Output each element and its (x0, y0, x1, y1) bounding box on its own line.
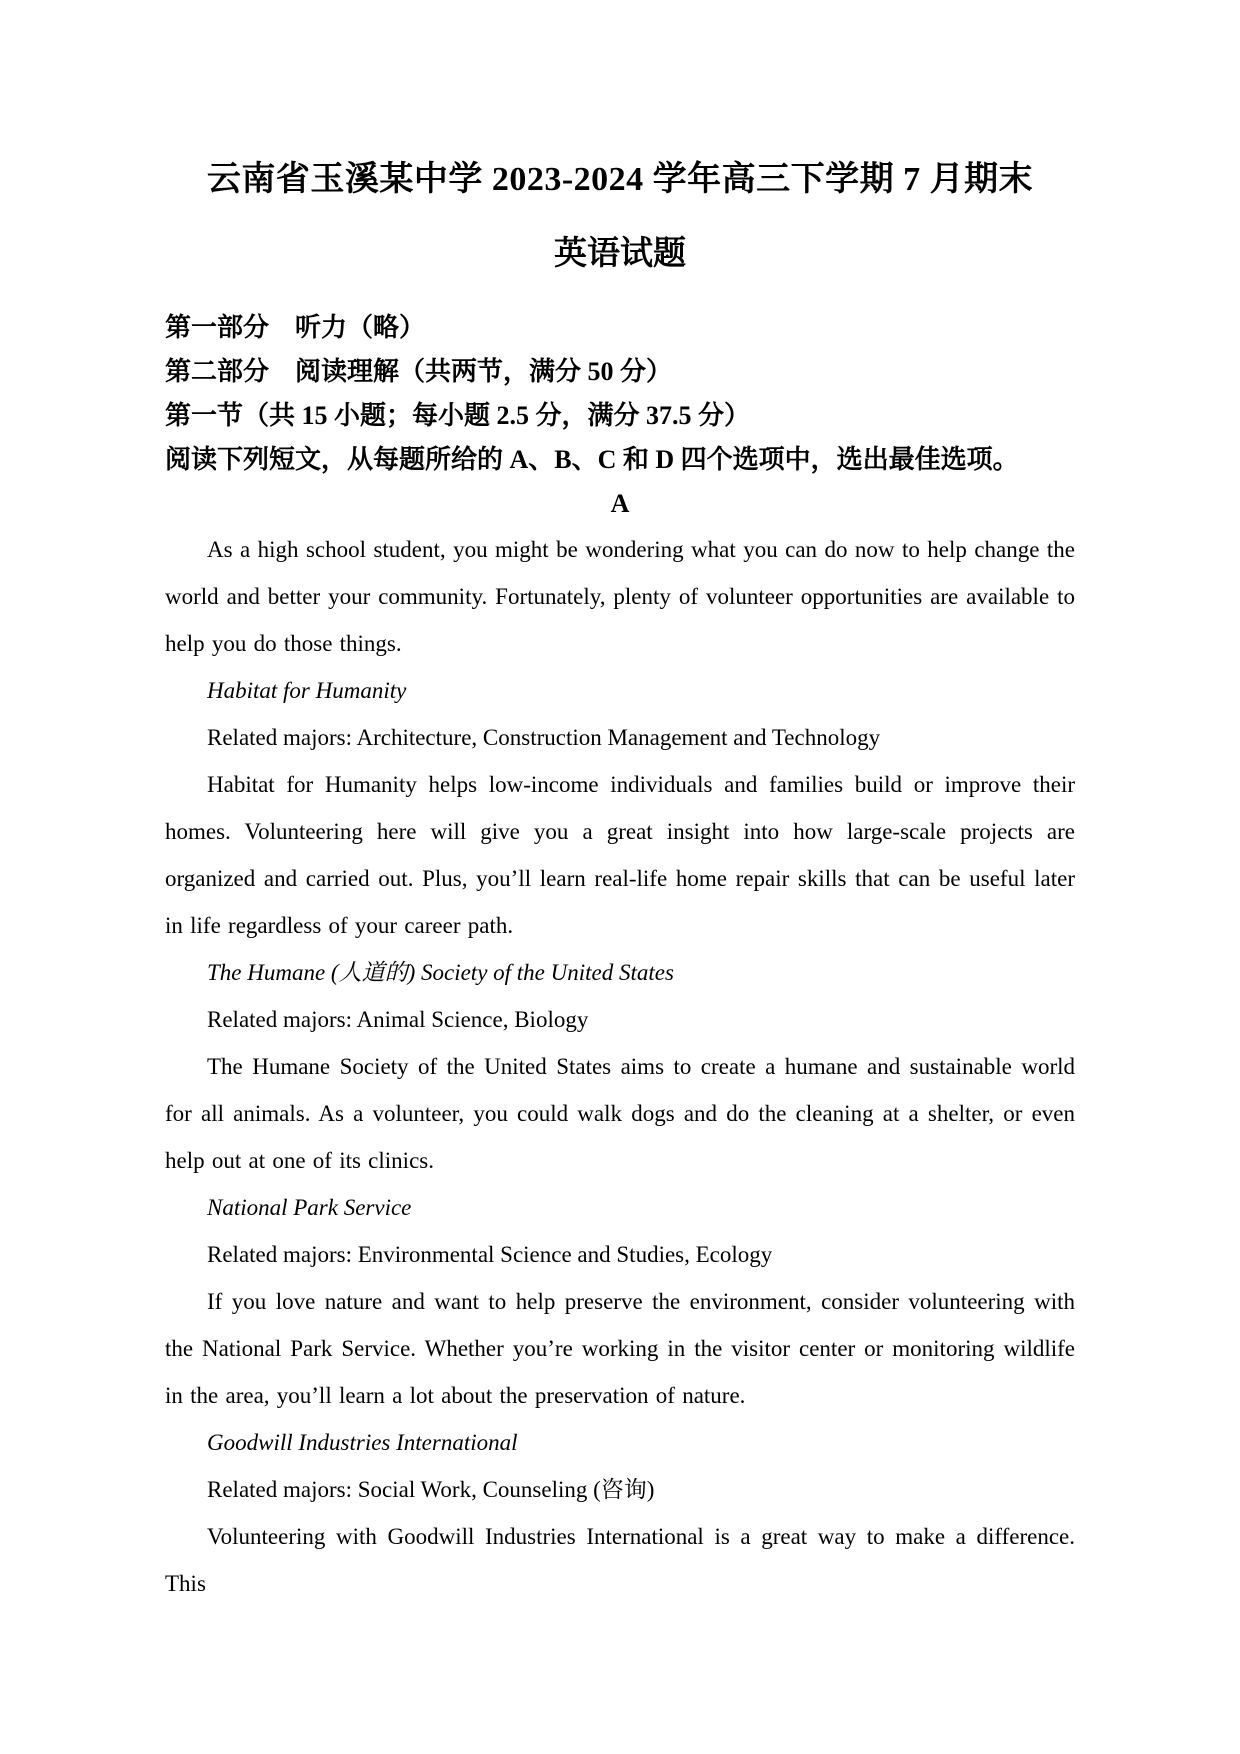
org-name: Habitat for Humanity (165, 667, 1075, 714)
org-majors: Related majors: Animal Science, Biology (165, 996, 1075, 1043)
section-part1: 第一部分 听力（略） (165, 306, 1075, 350)
org-description: The Humane Society of the United States … (165, 1043, 1075, 1184)
document-subtitle: 英语试题 (165, 234, 1075, 274)
org-description: Volunteering with Goodwill Industries In… (165, 1513, 1075, 1607)
org-block: Habitat for Humanity Related majors: Arc… (165, 667, 1075, 949)
org-block: The Humane (人道的) Society of the United S… (165, 949, 1075, 1184)
passage-label-a: A (165, 482, 1075, 526)
org-majors: Related majors: Social Work, Counseling … (165, 1466, 1075, 1513)
section-node1: 第一节（共 15 小题；每小题 2.5 分，满分 37.5 分） (165, 394, 1075, 438)
exam-paper-page: 云南省玉溪某中学 2023-2024 学年高三下学期 7 月期末 英语试题 第一… (0, 0, 1240, 1754)
org-name: The Humane (人道的) Society of the United S… (165, 949, 1075, 996)
org-name: Goodwill Industries International (165, 1419, 1075, 1466)
org-majors: Related majors: Environmental Science an… (165, 1231, 1075, 1278)
passage-body: As a high school student, you might be w… (165, 526, 1075, 1607)
org-block: Goodwill Industries International Relate… (165, 1419, 1075, 1607)
org-name: National Park Service (165, 1184, 1075, 1231)
org-block: National Park Service Related majors: En… (165, 1184, 1075, 1419)
org-majors: Related majors: Architecture, Constructi… (165, 714, 1075, 761)
document-title: 云南省玉溪某中学 2023-2024 学年高三下学期 7 月期末 (165, 158, 1075, 202)
org-description: If you love nature and want to help pres… (165, 1278, 1075, 1419)
section-part2: 第二部分 阅读理解（共两节，满分 50 分） (165, 350, 1075, 394)
section-headings: 第一部分 听力（略） 第二部分 阅读理解（共两节，满分 50 分） 第一节（共 … (165, 306, 1075, 482)
org-description: Habitat for Humanity helps low-income in… (165, 761, 1075, 949)
intro-paragraph: As a high school student, you might be w… (165, 526, 1075, 667)
section-instruction: 阅读下列短文，从每题所给的 A、B、C 和 D 四个选项中，选出最佳选项。 (165, 438, 1075, 482)
